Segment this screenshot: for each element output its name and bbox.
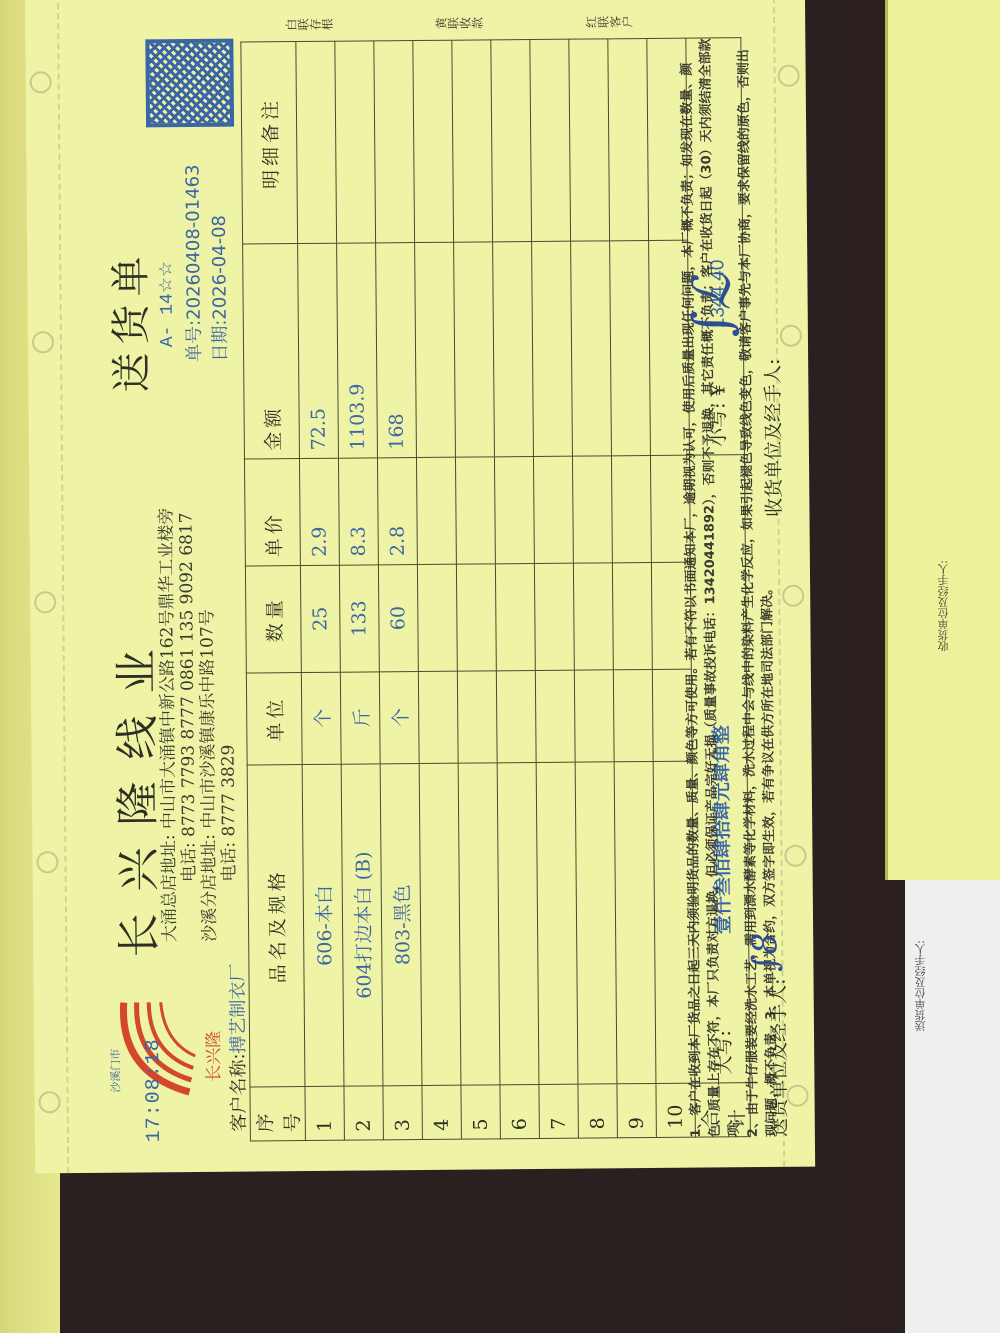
row-qty: 25 bbox=[300, 565, 340, 672]
sender-signature: ∫8 bbox=[745, 932, 785, 972]
row-note bbox=[335, 41, 376, 244]
serial-number: A- 14☆☆ bbox=[155, 261, 178, 347]
order-date: 2026-04-08 bbox=[209, 215, 231, 320]
header-note: 明细备注 bbox=[241, 42, 298, 245]
row-unit: 个 bbox=[301, 672, 341, 764]
qr-code-icon bbox=[145, 39, 234, 128]
row-name: 803-黑色 bbox=[380, 763, 422, 1086]
order-number-line: 单号:20260408-01463 bbox=[178, 164, 206, 362]
header-qty: 数量 bbox=[245, 565, 301, 672]
row-no: 2 bbox=[344, 1086, 383, 1140]
row-no: 7 bbox=[539, 1084, 578, 1138]
receiver-signer-label: 收货单位及经手人: bbox=[758, 358, 786, 517]
row-unit: 斤 bbox=[340, 672, 380, 764]
row-qty: 133 bbox=[339, 565, 379, 672]
background-white-receipt: 送货单位及经手人: bbox=[905, 880, 1000, 1333]
row-no: 6 bbox=[500, 1085, 539, 1139]
row-name: 606-本白 bbox=[302, 764, 344, 1087]
logo-brand-text: 长兴隆 bbox=[199, 1031, 224, 1082]
copy-labels: 白联存根 黄联收款 红联客户 bbox=[285, 14, 735, 33]
order-number-label: 单号: bbox=[184, 320, 205, 362]
copy-label-yellow: 黄联收款 bbox=[435, 16, 585, 32]
row-no: 9 bbox=[617, 1084, 656, 1138]
row-no: 8 bbox=[578, 1084, 617, 1138]
branch-phone-label: 电话: bbox=[219, 842, 239, 882]
print-time: 17:08:18 bbox=[142, 1038, 166, 1142]
delivery-receipt: 沙溪门市 长兴隆 17:08:18 长兴隆线业 送货单 大涌总店地址: 中山市大… bbox=[25, 0, 815, 1173]
row-unit: 个 bbox=[379, 671, 419, 763]
copy-label-red: 红联客户 bbox=[585, 14, 735, 30]
row-amount: 168 bbox=[376, 243, 417, 458]
customer-name: 搏艺制衣厂 bbox=[227, 963, 249, 1053]
document-title: 送货单 bbox=[99, 248, 157, 392]
header-amount: 金额 bbox=[243, 244, 300, 460]
receiver-signature: ∫ℒ bbox=[682, 273, 743, 338]
terms-item-1: 1、客户在收到本厂货品之日起三天内须验明货品的数量、质量、颜色等方可使用。若有不… bbox=[677, 37, 744, 1137]
header-no: 序号 bbox=[250, 1087, 305, 1141]
logo-store-text: 沙溪门市 bbox=[107, 1049, 123, 1093]
side-white-signer-label: 送货单位及经手人: bbox=[913, 940, 929, 1032]
row-amount: 1103.9 bbox=[337, 243, 378, 458]
row-note bbox=[296, 41, 337, 244]
row-no: 1 bbox=[305, 1086, 344, 1140]
customer-line: 客户名称:搏艺制衣厂 bbox=[223, 963, 250, 1131]
branch-phone-line: 电话: 8777 3829 bbox=[213, 745, 240, 942]
header-unit: 单位 bbox=[246, 672, 302, 765]
items-table: 序号 品名及规格 单位 数量 单价 金额 明细备注 1 606-本白 个 25 … bbox=[240, 37, 751, 1141]
row-note bbox=[374, 41, 415, 244]
row-qty: 60 bbox=[378, 564, 418, 671]
order-number: 20260408-01463 bbox=[182, 164, 204, 320]
order-date-label: 日期: bbox=[210, 320, 231, 362]
terms-text: 1、客户在收到本厂货品之日起三天内须验明货品的数量、质量、颜色等方可使用。若有不… bbox=[677, 37, 782, 1138]
row-price: 2.8 bbox=[377, 458, 417, 565]
side-sheet-signer-label: 收货单位及经手人: bbox=[936, 560, 952, 652]
copy-label-white: 白联存根 bbox=[285, 17, 435, 33]
background-receipt-stack: 收货单位及经手人: bbox=[885, 0, 1000, 880]
row-amount: 72.5 bbox=[298, 244, 339, 459]
row-price: 8.3 bbox=[338, 458, 378, 565]
row-no: 3 bbox=[383, 1086, 422, 1140]
customer-label: 客户名称: bbox=[228, 1053, 250, 1131]
table-header-row: 序号 品名及规格 单位 数量 单价 金额 明细备注 bbox=[241, 42, 306, 1141]
row-name: 604打边本白 (B) bbox=[341, 764, 383, 1087]
row-price: 2.9 bbox=[299, 459, 339, 566]
order-date-line: 日期:2026-04-08 bbox=[205, 215, 232, 362]
company-logo: 沙溪门市 长兴隆 bbox=[109, 992, 230, 1103]
sender-signer-label: 送货单位及经手人: bbox=[764, 978, 792, 1137]
header-name: 品名及规格 bbox=[247, 764, 305, 1087]
branch-phone: 8777 3829 bbox=[218, 745, 239, 837]
row-no: 4 bbox=[422, 1085, 461, 1139]
header-price: 单价 bbox=[244, 459, 300, 566]
row-no: 5 bbox=[461, 1085, 500, 1139]
